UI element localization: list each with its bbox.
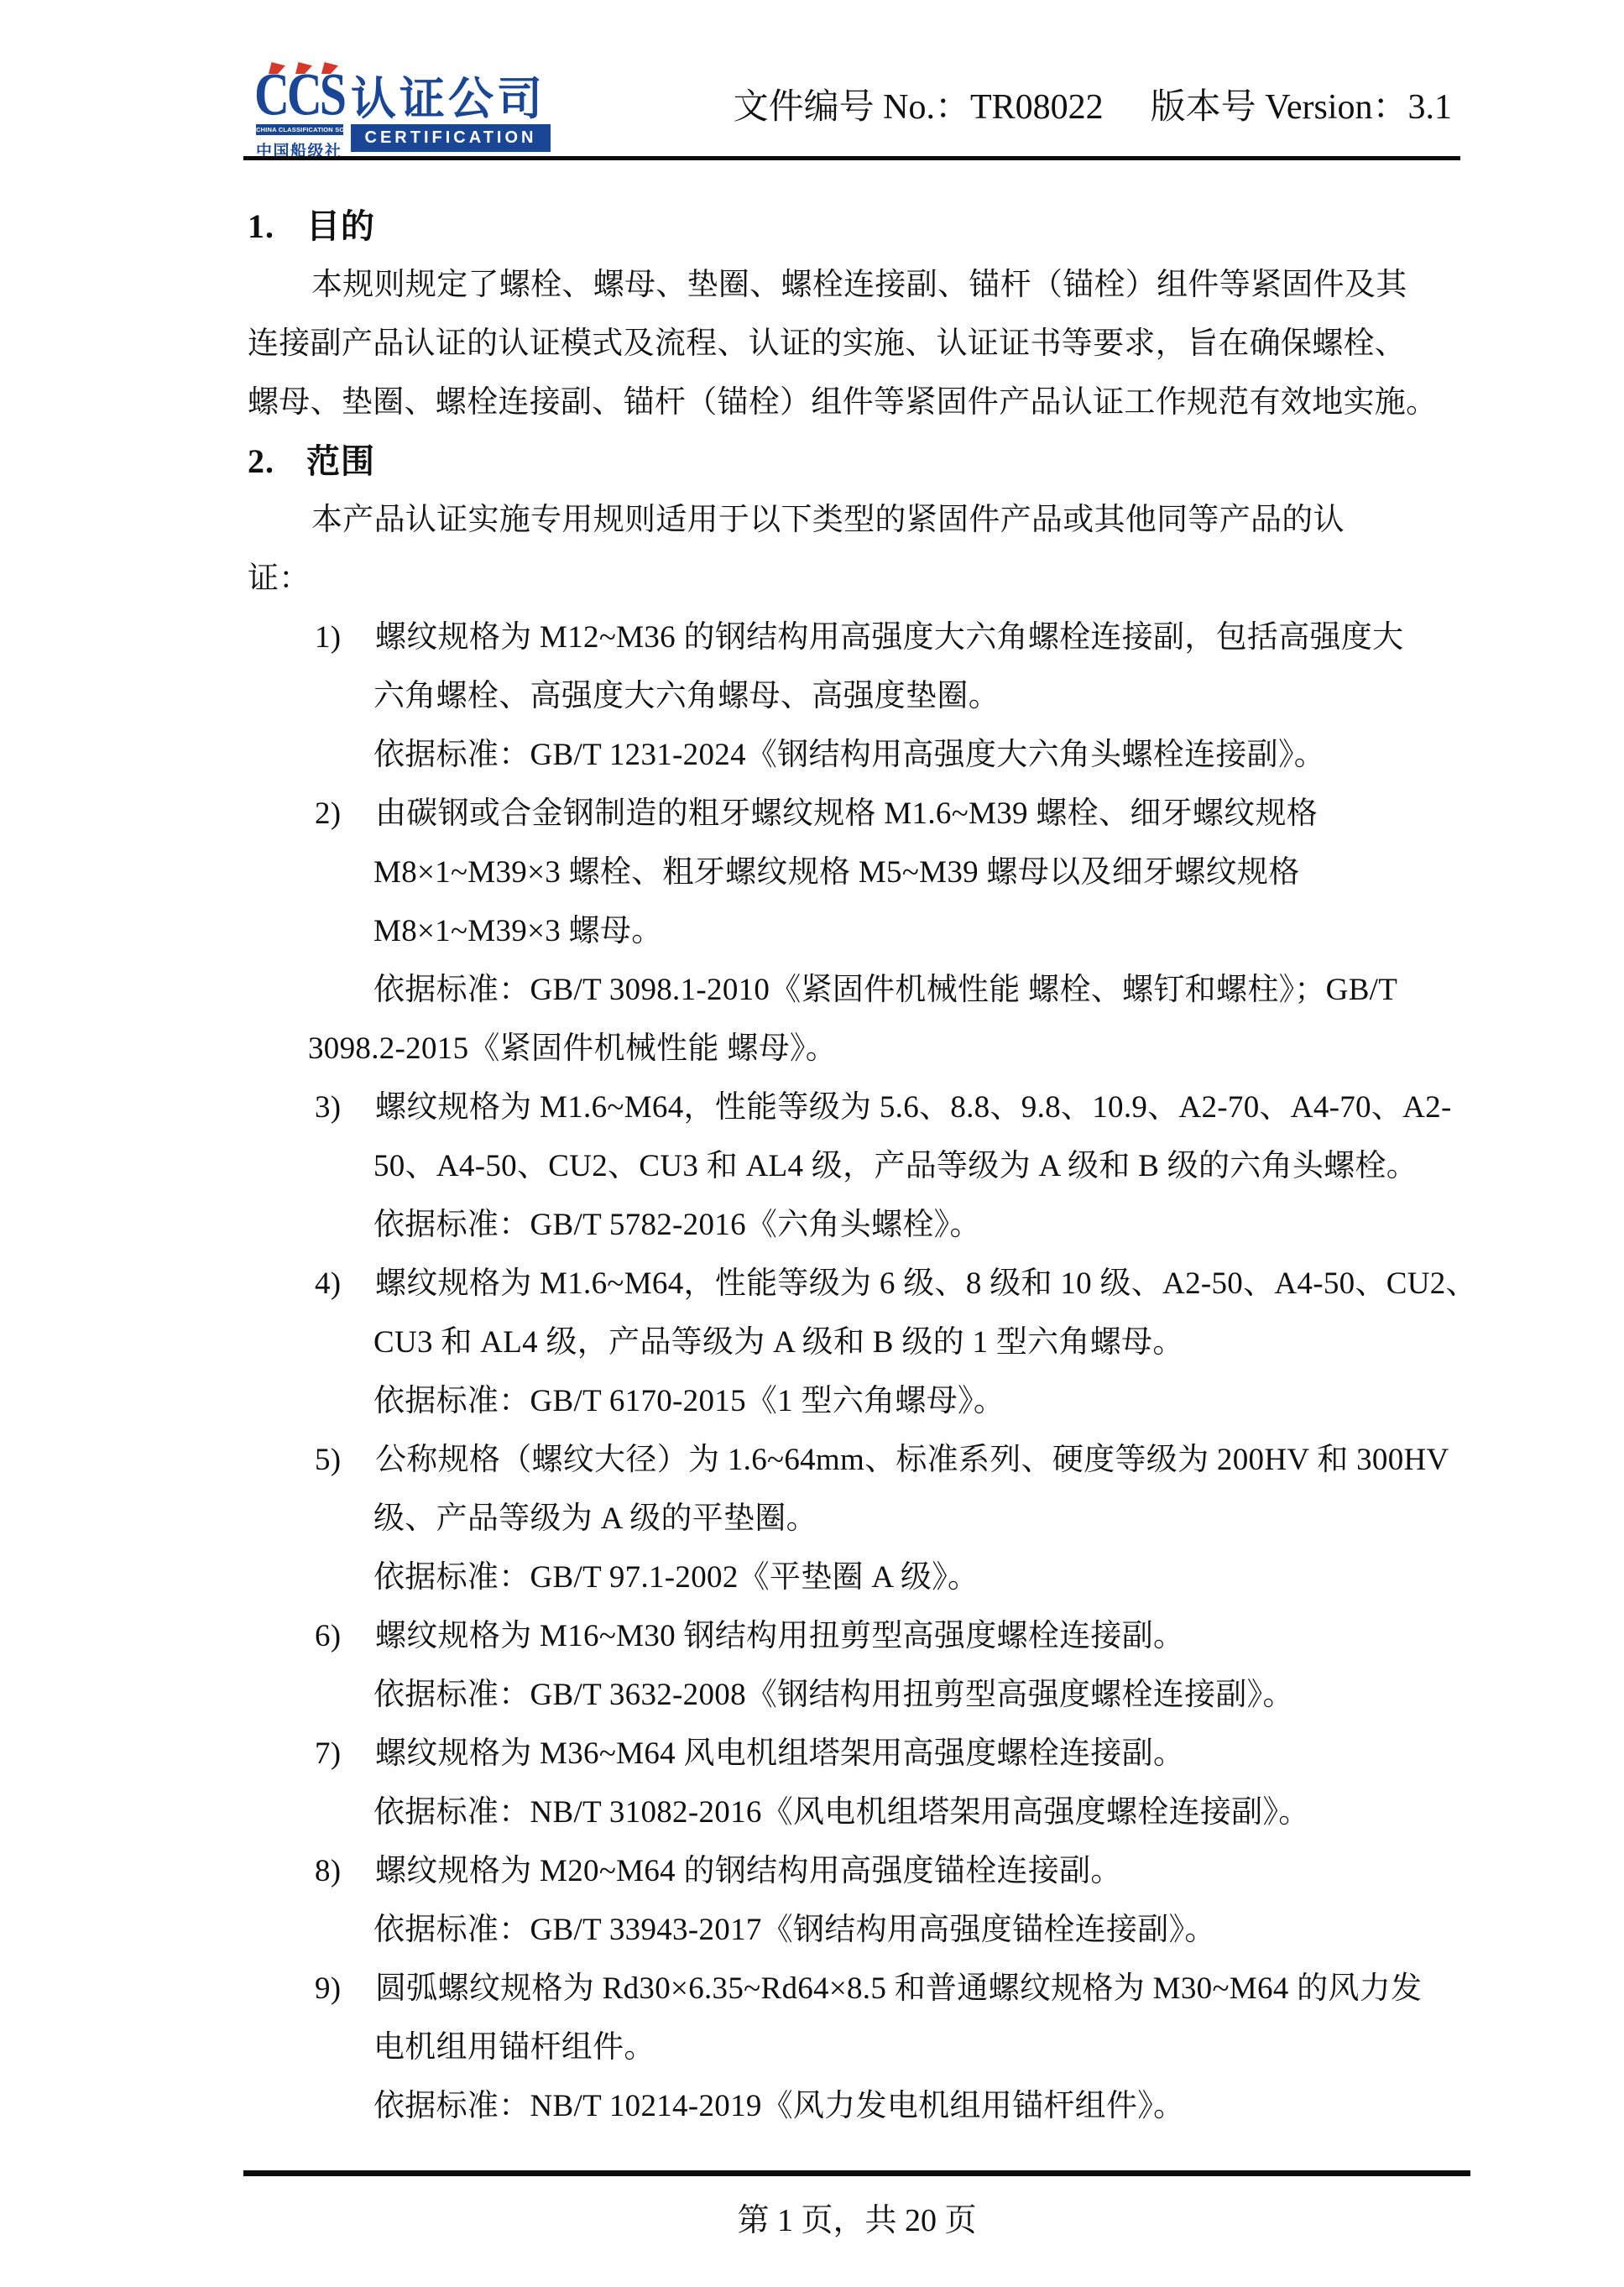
list-text: 螺纹规格为 M20~M64 的钢结构用高强度锚栓连接副。 [375,1854,1122,1888]
text-line: 依据标准：GB/T 6170-2015《1 型六角螺母》。 [373,1372,1005,1431]
document-number: 文件编号 No.：TR08022 [734,88,1104,127]
list-text: 螺纹规格为 M12~M36 的钢结构用高强度大六角螺栓连接副，包括高强度大 [375,620,1403,655]
header-rule [243,156,1460,160]
text-line: 依据标准：GB/T 5782-2016《六角头螺栓》。 [373,1196,981,1255]
list-text: 螺纹规格为 M1.6~M64，性能等级为 6 级、8 级和 10 级、A2-50… [375,1266,1477,1301]
document-meta: 文件编号 No.：TR08022版本号 Version：3.1 [734,86,1452,129]
list-item-line: 4)螺纹规格为 M1.6~M64，性能等级为 6 级、8 级和 10 级、A2-… [315,1255,1477,1313]
section-title: 目的 [306,207,375,245]
list-item-line: 6)螺纹规格为 M16~M30 钢结构用扭剪型高强度螺栓连接副。 [315,1607,1184,1666]
list-number: 7) [315,1725,375,1783]
list-item-line: 8)螺纹规格为 M20~M64 的钢结构用高强度锚栓连接副。 [315,1842,1122,1901]
list-text: 螺纹规格为 M16~M30 钢结构用扭剪型高强度螺栓连接副。 [375,1619,1184,1653]
text-line: 本产品认证实施专用规则适用于以下类型的紧固件产品或其他同等产品的认 [311,491,1345,550]
text-line: 依据标准：NB/T 31082-2016《风电机组塔架用高强度螺栓连接副》。 [373,1783,1310,1842]
list-number: 9) [315,1960,375,2018]
text-line: 本规则规定了螺栓、螺母、垫圈、螺栓连接副、锚杆（锚栓）组件等紧固件及其 [311,256,1407,315]
text-line: 螺母、垫圈、螺栓连接副、锚杆（锚栓）组件等紧固件产品认证工作规范有效地实施。 [248,373,1437,432]
text-line: CU3 和 AL4 级，产品等级为 A 级和 B 级的 1 型六角螺母。 [373,1313,1184,1372]
text-line: 依据标准：GB/T 3632-2008《钢结构用扭剪型高强度螺栓连接副》。 [373,1666,1294,1725]
text-line: 依据标准：GB/T 97.1-2002《平垫圈 A 级》。 [373,1548,979,1607]
list-item-line: 1)螺纹规格为 M12~M36 的钢结构用高强度大六角螺栓连接副，包括高强度大 [315,608,1403,667]
text-line: 电机组用锚杆组件。 [373,2018,655,2077]
text-line: 3098.2-2015《紧固件机械性能 螺母》。 [308,1020,837,1078]
text-line: M8×1~M39×3 螺栓、粗牙螺纹规格 M5~M39 螺母以及细牙螺纹规格 [373,843,1300,902]
text-line: 依据标准：GB/T 3098.1-2010《紧固件机械性能 螺栓、螺钉和螺柱》；… [373,961,1397,1020]
list-item-line: 7)螺纹规格为 M36~M64 风电机组塔架用高强度螺栓连接副。 [315,1725,1184,1783]
document-version: 版本号 Version：3.1 [1151,88,1452,127]
list-number: 3) [315,1078,375,1137]
list-number: 6) [315,1607,375,1666]
text-line: 级、产品等级为 A 级的平垫圈。 [373,1490,817,1548]
list-text: 公称规格（螺纹大径）为 1.6~64mm、标准系列、硬度等级为 200HV 和 … [375,1443,1449,1477]
section-number: 1. [248,197,306,256]
text-line: 六角螺栓、高强度大六角螺母、高强度垫圈。 [373,667,1000,726]
list-number: 1) [315,608,375,667]
section-heading: 1.目的 [248,197,375,256]
ccs-logo-society-banner: CHINA CLASSIFICATION SOCIETY [256,124,343,135]
ccs-logo: CCS CHINA CLASSIFICATION SOCIETY 中国船级社 认… [256,65,558,159]
section-heading: 2.范围 [248,432,375,491]
document-page: CCS CHINA CLASSIFICATION SOCIETY 中国船级社 认… [0,0,1624,2287]
list-number: 2) [315,785,375,843]
list-number: 5) [315,1431,375,1490]
section-title: 范围 [306,442,375,480]
ccs-logo-company-name: 认证公司 [351,63,546,128]
page-number: 第 1 页，共 20 页 [243,2190,1470,2251]
text-line: 依据标准：NB/T 10214-2019《风力发电机组用锚杆组件》。 [373,2077,1184,2136]
list-text: 圆弧螺纹规格为 Rd30×6.35~Rd64×8.5 和普通螺纹规格为 M30~… [375,1971,1422,2006]
text-line: M8×1~M39×3 螺母。 [373,902,663,961]
ccs-logo-certification-banner: CERTIFICATION [351,124,551,152]
section-number: 2. [248,432,306,491]
text-line: 连接副产品认证的认证模式及流程、认证的实施、认证证书等要求，旨在确保螺栓、 [248,315,1406,373]
list-text: 螺纹规格为 M36~M64 风电机组塔架用高强度螺栓连接副。 [375,1736,1184,1771]
list-text: 由碳钢或合金钢制造的粗牙螺纹规格 M1.6~M39 螺栓、细牙螺纹规格 [375,796,1318,831]
list-number: 4) [315,1255,375,1313]
text-line: 50、A4-50、CU2、CU3 和 AL4 级，产品等级为 A 级和 B 级的… [373,1137,1418,1196]
text-line: 依据标准：GB/T 1231-2024《钢结构用高强度大六角头螺栓连接副》。 [373,726,1325,785]
list-item-line: 2)由碳钢或合金钢制造的粗牙螺纹规格 M1.6~M39 螺栓、细牙螺纹规格 [315,785,1318,843]
list-text: 螺纹规格为 M1.6~M64，性能等级为 5.6、8.8、9.8、10.9、A2… [375,1090,1452,1125]
list-number: 8) [315,1842,375,1901]
list-item-line: 5)公称规格（螺纹大径）为 1.6~64mm、标准系列、硬度等级为 200HV … [315,1431,1449,1490]
list-item-line: 9)圆弧螺纹规格为 Rd30×6.35~Rd64×8.5 和普通螺纹规格为 M3… [315,1960,1422,2018]
text-line: 依据标准：GB/T 33943-2017《钢结构用高强度锚栓连接副》。 [373,1901,1216,1960]
text-line: 证： [248,550,311,608]
list-item-line: 3)螺纹规格为 M1.6~M64，性能等级为 5.6、8.8、9.8、10.9、… [315,1078,1452,1137]
footer-rule [243,2170,1470,2176]
